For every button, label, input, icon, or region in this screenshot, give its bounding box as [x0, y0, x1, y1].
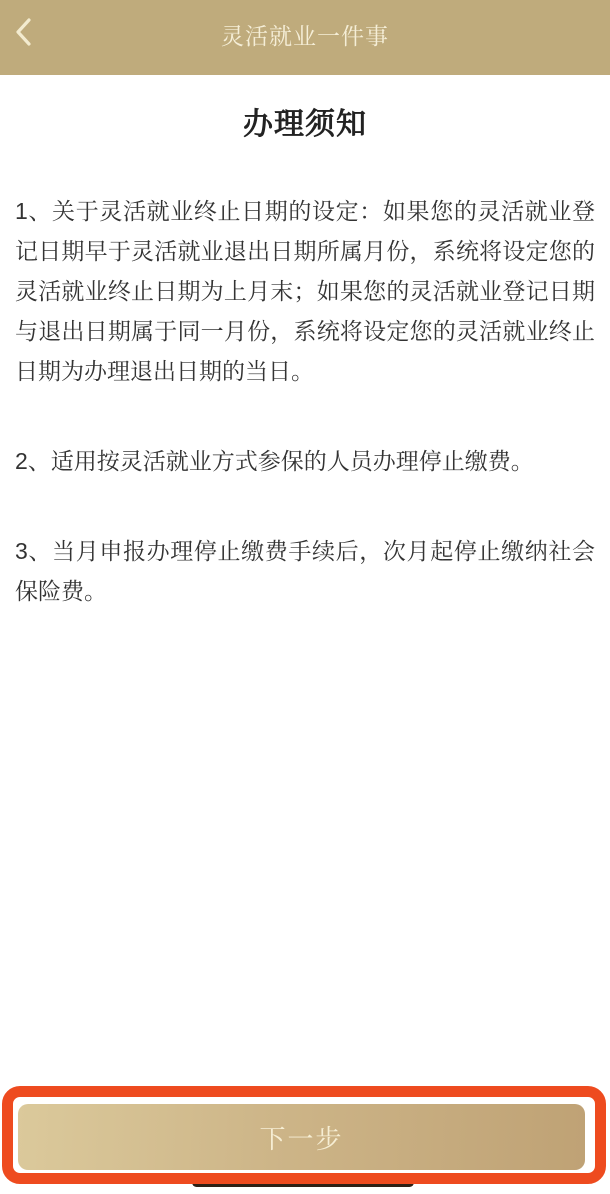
- notice-paragraph-3: 3、当月申报办理停止缴费手续后，次月起停止缴纳社会保险费。: [15, 531, 595, 611]
- notice-paragraph-1: 1、关于灵活就业终止日期的设定：如果您的灵活就业登记日期早于灵活就业退出日期所属…: [15, 191, 595, 391]
- next-step-button[interactable]: 下一步: [18, 1104, 585, 1170]
- notice-paragraph-2: 2、适用按灵活就业方式参保的人员办理停止缴费。: [15, 441, 595, 481]
- chevron-left-icon: [15, 17, 32, 47]
- back-button[interactable]: [15, 16, 39, 48]
- navbar: 灵活就业一件事: [0, 0, 610, 75]
- page-title: 灵活就业一件事: [221, 18, 389, 51]
- app-screen: 灵活就业一件事 办理须知 1、关于灵活就业终止日期的设定：如果您的灵活就业登记日…: [0, 0, 610, 1194]
- notice-content: 办理须知 1、关于灵活就业终止日期的设定：如果您的灵活就业登记日期早于灵活就业退…: [0, 75, 610, 661]
- home-indicator[interactable]: [192, 1178, 414, 1187]
- notice-heading: 办理须知: [15, 107, 595, 143]
